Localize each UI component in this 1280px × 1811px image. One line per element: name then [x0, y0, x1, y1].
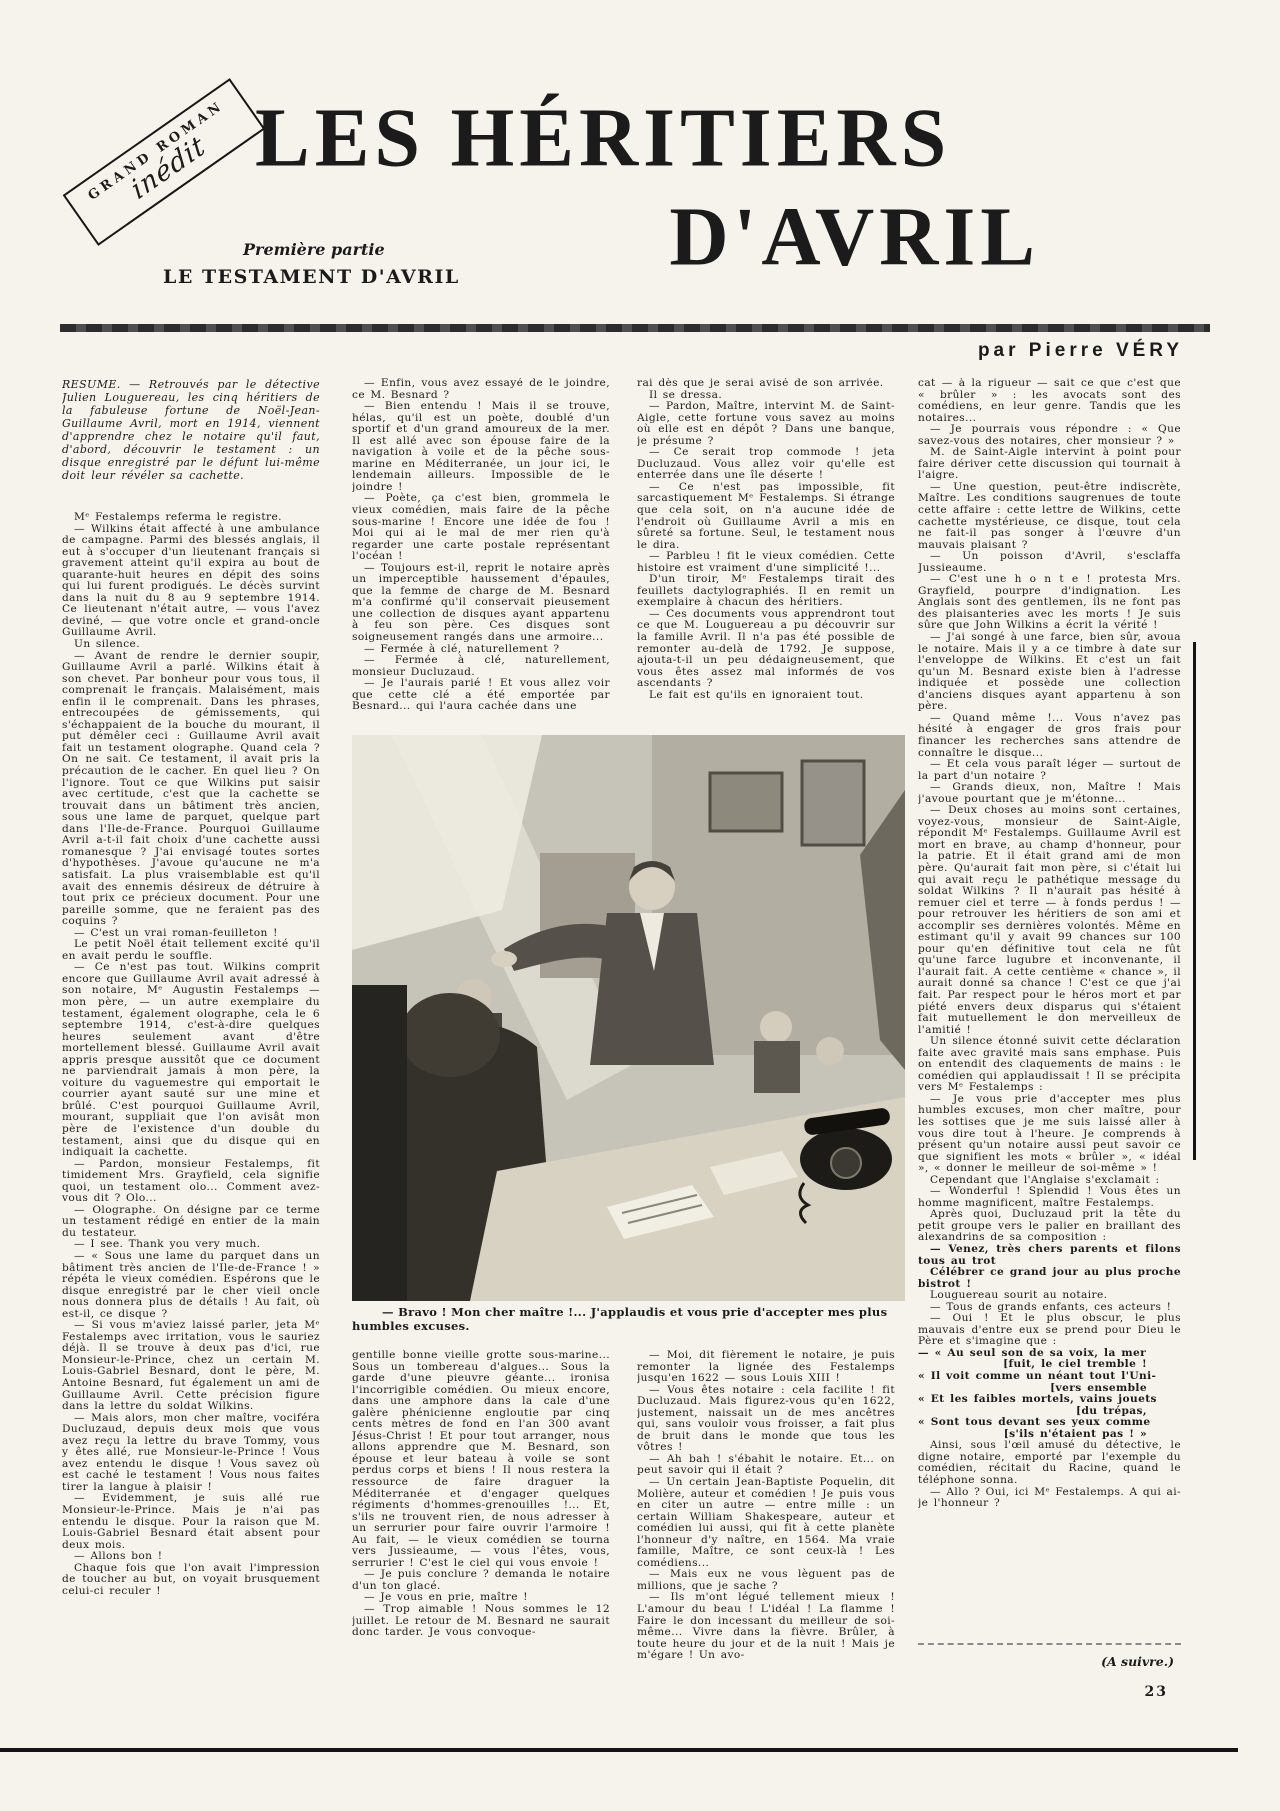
paragraph: — Ce serait trop commode ! jeta Ducluzau…: [637, 447, 895, 482]
paragraph: — Oui ! Et le plus obscur, le plus mauva…: [918, 1313, 1181, 1348]
paragraph: « Il voit comme un néant tout l'Uni-: [918, 1371, 1181, 1383]
paragraph: — J'ai songé à une farce, bien sûr, avou…: [918, 632, 1181, 713]
paragraph: — Mais alors, mon cher maître, vociféra …: [62, 1413, 320, 1494]
paragraph: — Je l'aurais parié ! Et vous allez voir…: [352, 678, 610, 713]
column-1-text: Mᵉ Festalemps referma le registre.— Wilk…: [62, 512, 320, 1597]
paragraph: cat — à la rigueur — sait ce que c'est q…: [918, 378, 1181, 424]
paragraph: — Avant de rendre le dernier soupir, Gui…: [62, 651, 320, 928]
header-rule: [60, 324, 1210, 332]
paragraph: — Ce n'est pas tout. Wilkins comprit enc…: [62, 962, 320, 1158]
paragraph: — Venez, très chers parents et filons to…: [918, 1244, 1181, 1267]
paragraph: Mᵉ Festalemps referma le registre.: [62, 512, 320, 524]
paragraph: « Et les faibles mortels, vains jouets: [918, 1394, 1181, 1406]
right-margin-rule: [1193, 642, 1196, 1160]
grand-roman-stamp: GRAND ROMAN inédit: [63, 78, 266, 246]
paragraph: gentille bonne vieille grotte sous-marin…: [352, 1350, 610, 1569]
paragraph: — Grands dieux, non, Maître ! Mais j'avo…: [918, 782, 1181, 805]
paragraph: — Parbleu ! fit le vieux comédien. Cette…: [637, 551, 895, 574]
novel-illustration: [352, 735, 905, 1301]
paragraph: — Je puis conclure ? demanda le notaire …: [352, 1569, 610, 1592]
paragraph: — Moi, dit fièrement le notaire, je puis…: [637, 1350, 895, 1385]
paragraph: Après quoi, Ducluzaud prit la tête du pe…: [918, 1209, 1181, 1244]
paragraph: — Enfin, vous avez essayé de le joindre,…: [352, 378, 610, 401]
column-4: cat — à la rigueur — sait ce que c'est q…: [918, 378, 1181, 1640]
paragraph: — Je pourrais vous répondre : « Que save…: [918, 424, 1181, 447]
page-number: 23: [918, 1684, 1168, 1700]
paragraph: Célébrer ce grand jour au plus proche bi…: [918, 1267, 1181, 1290]
paragraph: Le fait est qu'ils en ignoraient tout.: [637, 690, 895, 702]
paragraph: — Wilkins était affecté à une ambulance …: [62, 524, 320, 639]
paragraph: rai dès que je serai avisé de son arrivé…: [637, 378, 895, 390]
illustration-drawing: [352, 735, 905, 1301]
paragraph: — Ces documents vous apprendront tout ce…: [637, 609, 895, 690]
paragraph: — Vous êtes notaire : cela facilite ! fi…: [637, 1385, 895, 1454]
column-3-top: rai dès que je serai avisé de son arrivé…: [637, 378, 895, 730]
end-dashed-rule: [918, 1643, 1181, 1645]
paragraph: — Allo ? Oui, ici Mᵉ Festalemps. A qui a…: [918, 1487, 1181, 1510]
paragraph: — Bien entendu ! Mais il se trouve, héla…: [352, 401, 610, 493]
paragraph: Un silence étonné suivit cette déclarati…: [918, 1036, 1181, 1094]
paragraph: — Mais eux ne vous lèguent pas de millio…: [637, 1569, 895, 1592]
paragraph: — Pardon, monsieur Festalemps, fit timid…: [62, 1159, 320, 1205]
page-title-line2: D'AVRIL: [600, 195, 1040, 279]
paragraph: — Wonderful ! Splendid ! Vous êtes un ho…: [918, 1186, 1181, 1209]
paragraph: — Deux choses au moins sont certaines, v…: [918, 805, 1181, 1036]
paragraph: — Un poisson d'Avril, s'esclaffa Jussiea…: [918, 551, 1181, 574]
part-label: Première partie: [243, 240, 385, 259]
a-suivre-note: (A suivre.): [918, 1654, 1174, 1669]
paragraph: — Je vous prie d'accepter mes plus humbl…: [918, 1094, 1181, 1175]
paragraph: — Si vous m'aviez laissé parler, jeta Mᵉ…: [62, 1320, 320, 1412]
paragraph: — « Sous une lame du parquet dans un bât…: [62, 1251, 320, 1320]
paragraph: — Quand même !... Vous n'avez pas hésité…: [918, 713, 1181, 759]
column-1: RESUME. — Retrouvés par le détective Jul…: [62, 378, 320, 1670]
column-2-top: — Enfin, vous avez essayé de le joindre,…: [352, 378, 610, 730]
paragraph: — Un certain Jean-Baptiste Poquelin, dit…: [637, 1477, 895, 1569]
paragraph: — Et cela vous paraît léger — surtout de…: [918, 759, 1181, 782]
paragraph: M. de Saint-Aigle intervint à point pour…: [918, 447, 1181, 482]
paragraph: — Ce n'est pas impossible, fit sarcastiq…: [637, 482, 895, 551]
paragraph: — Evidemment, je suis allé rue Monsieur-…: [62, 1493, 320, 1551]
paragraph: Ainsi, sous l'œil amusé du détective, le…: [918, 1440, 1181, 1486]
paragraph: — Pardon, Maître, intervint M. de Saint-…: [637, 401, 895, 447]
paragraph: — Trop aimable ! Nous sommes le 12 juill…: [352, 1604, 610, 1639]
paragraph: Un silence.: [62, 639, 320, 651]
part-title: LE TESTAMENT D'AVRIL: [163, 266, 460, 288]
column-2-bottom: gentille bonne vieille grotte sous-marin…: [352, 1350, 610, 1676]
bottom-edge-rule: [0, 1748, 1238, 1752]
paragraph: — Poète, ça c'est bien, grommela le vieu…: [352, 493, 610, 562]
paragraph: — Toujours est-il, reprit le notaire apr…: [352, 563, 610, 644]
paragraph: — Ah bah ! s'ébahit le notaire. Et... on…: [637, 1454, 895, 1477]
resume-block: RESUME. — Retrouvés par le détective Jul…: [62, 378, 320, 482]
magazine-page: GRAND ROMAN inédit LES HÉRITIERS D'AVRIL…: [0, 0, 1280, 1811]
author-byline: par Pierre VÉRY: [912, 340, 1183, 362]
paragraph: — Fermée à clé, naturellement, monsieur …: [352, 655, 610, 678]
paragraph: — Olographe. On désigne par ce terme un …: [62, 1205, 320, 1240]
paragraph: — Une question, peut-être indiscrète, Ma…: [918, 482, 1181, 551]
page-title-line1: LES HÉRITIERS: [255, 96, 895, 180]
column-3-bottom: — Moi, dit fièrement le notaire, je puis…: [637, 1350, 895, 1676]
paragraph: Chaque fois que l'on avait l'impression …: [62, 1563, 320, 1598]
paragraph: — Ils m'ont légué tellement mieux ! L'am…: [637, 1592, 895, 1661]
paragraph: Le petit Noël était tellement excité qu'…: [62, 939, 320, 962]
illustration-caption: — Bravo ! Mon cher maître !... J'applaud…: [352, 1306, 900, 1333]
paragraph: — C'est une h o n t e ! protesta Mrs. Gr…: [918, 574, 1181, 632]
paragraph: D'un tiroir, Mᵉ Festalemps tirait des fe…: [637, 574, 895, 609]
